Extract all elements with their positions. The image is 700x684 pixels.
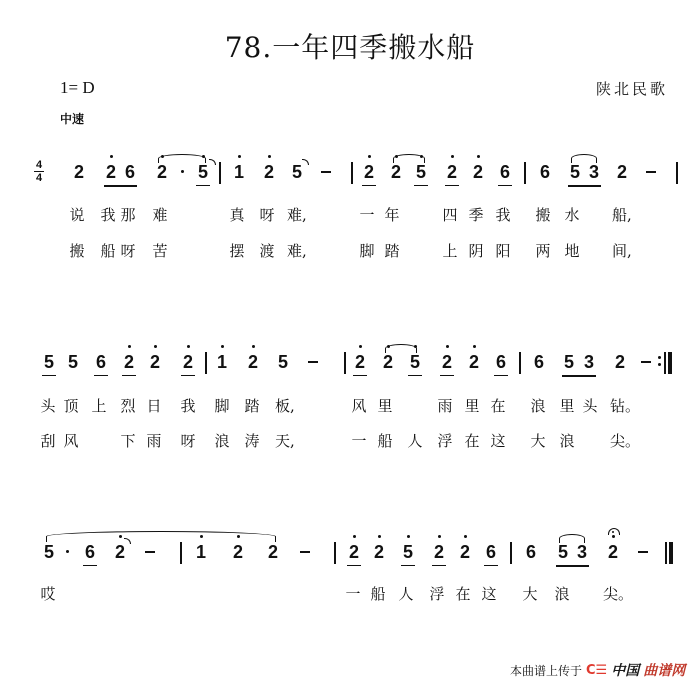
note: 5 [414,160,428,184]
note: 2 [467,350,481,374]
note: 5 [276,350,290,374]
note: 5 [556,540,570,564]
note: 6 [94,350,108,374]
note: 5 [66,350,80,374]
note: 2 [353,350,367,374]
note: 5 [562,350,576,374]
note: 2 [72,160,86,184]
time-signature: 44 [34,160,44,183]
note: 6 [524,540,538,564]
note: 5 [401,540,415,564]
note: 2 [155,160,169,184]
note: 6 [123,160,137,184]
note: 2 [372,540,386,564]
song-title: 78.一年四季搬水船 [0,26,700,66]
note: 2 [613,350,627,374]
tempo-marking: 中速 [60,110,84,127]
note: 6 [83,540,97,564]
note: 2 [231,540,245,564]
note: 2 [389,160,403,184]
note: 2 [615,160,629,184]
note: 2 [432,540,446,564]
note: 5 [42,540,56,564]
note: 2 [104,160,118,184]
note: 5 [196,160,210,184]
note: 2 [347,540,361,564]
note: 2 [606,540,620,564]
source-footer: 本曲谱上传于 C☰ 中国曲谱网 [510,660,685,680]
note: 6 [538,160,552,184]
note: 5 [408,350,422,374]
repeat-dots [658,352,661,370]
note: 2 [246,350,260,374]
note: 5 [568,160,582,184]
note: 2 [122,350,136,374]
note: 2 [381,350,395,374]
note: 2 [362,160,376,184]
note: 2 [458,540,472,564]
note: 2 [440,350,454,374]
upload-text: 本曲谱上传于 [510,662,582,679]
note: 5 [42,350,56,374]
note: 2 [445,160,459,184]
song-origin: 陕北民歌 [596,78,668,99]
note: 3 [587,160,601,184]
note: 2 [471,160,485,184]
fermata-icon [608,528,620,535]
note: 2 [181,350,195,374]
note: 3 [575,540,589,564]
note: 2 [266,540,280,564]
note: 6 [484,540,498,564]
logo-icon: C☰ [586,663,607,678]
note: 2 [148,350,162,374]
note: 2 [262,160,276,184]
note: 6 [494,350,508,374]
note: 6 [498,160,512,184]
logo-text-part2[interactable]: 曲谱网 [643,660,685,680]
note: 6 [532,350,546,374]
note: 1 [215,350,229,374]
note: 1 [232,160,246,184]
logo-text-part1[interactable]: 中国 [611,660,639,680]
note: 1 [194,540,208,564]
key-signature: 1= D [60,78,95,98]
note: 3 [582,350,596,374]
